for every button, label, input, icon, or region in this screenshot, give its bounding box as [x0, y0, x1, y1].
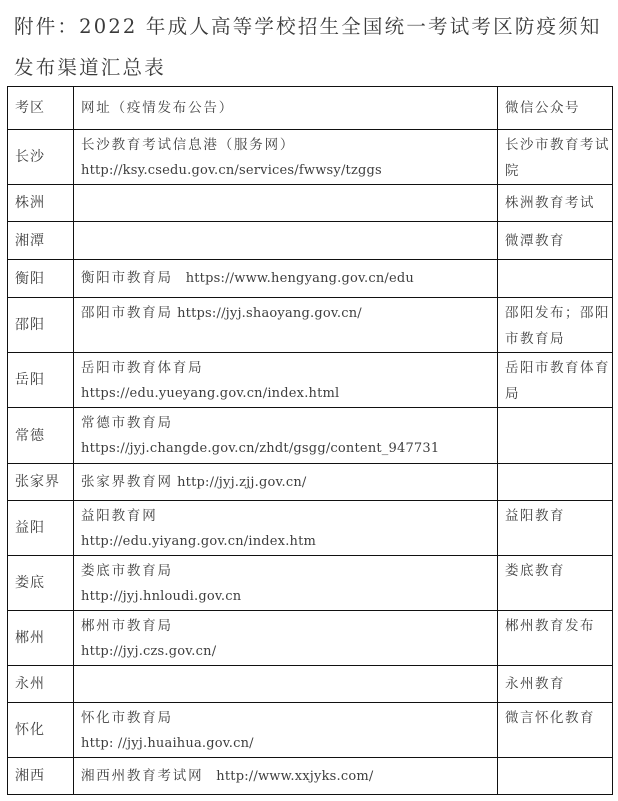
website-cell	[74, 666, 498, 703]
table-row: 益阳益阳教育网http://edu.yiyang.gov.cn/index.ht…	[8, 501, 613, 556]
wechat-account-cell	[498, 408, 613, 464]
wechat-account-cell: 娄底教育	[498, 556, 613, 611]
table-row: 长沙长沙教育考试信息港（服务网）http://ksy.csedu.gov.cn/…	[8, 130, 613, 185]
region-cell: 岳阳	[8, 353, 74, 408]
website-url-link[interactable]: https://edu.yueyang.gov.cn/index.html	[81, 381, 497, 407]
wechat-account-cell: 永州教育	[498, 666, 613, 703]
website-url-link[interactable]: https://jyj.shaoyang.gov.cn/	[177, 306, 362, 321]
wechat-account-cell	[498, 260, 613, 298]
site-name: 长沙教育考试信息港（服务网）	[81, 132, 497, 158]
wechat-account-cell: 株洲教育考试	[498, 185, 613, 222]
website-cell	[74, 222, 498, 260]
table-row: 张家界张家界教育网 http://jyj.zjj.gov.cn/	[8, 464, 613, 501]
site-name: 郴州市教育局	[81, 613, 497, 639]
region-cell: 湘潭	[8, 222, 74, 260]
region-cell: 娄底	[8, 556, 74, 611]
table-row: 常德常德市教育局https://jyj.changde.gov.cn/zhdt/…	[8, 408, 613, 464]
wechat-account-cell: 邵阳发布；邵阳市教育局	[498, 298, 613, 353]
website-cell: 怀化市教育局http: //jyj.huaihua.gov.cn/	[74, 703, 498, 758]
website-cell: 娄底市教育局http://jyj.hnloudi.gov.cn	[74, 556, 498, 611]
website-cell: 邵阳市教育局 https://jyj.shaoyang.gov.cn/	[74, 298, 498, 353]
wechat-account-cell: 微言怀化教育	[498, 703, 613, 758]
wechat-account-cell: 长沙市教育考试院	[498, 130, 613, 185]
header-website: 网址（疫情发布公告）	[74, 87, 498, 130]
site-name: 岳阳市教育体育局	[81, 355, 497, 381]
table-row: 邵阳邵阳市教育局 https://jyj.shaoyang.gov.cn/邵阳发…	[8, 298, 613, 353]
region-cell: 邵阳	[8, 298, 74, 353]
website-cell: 湘西州教育考试网 http://www.xxjyks.com/	[74, 758, 498, 795]
table-row: 郴州郴州市教育局http://jyj.czs.gov.cn/郴州教育发布	[8, 611, 613, 666]
site-name: 湘西州教育考试网	[81, 768, 203, 784]
wechat-account-cell: 郴州教育发布	[498, 611, 613, 666]
wechat-account-cell	[498, 758, 613, 795]
website-cell: 常德市教育局https://jyj.changde.gov.cn/zhdt/gs…	[74, 408, 498, 464]
table-header-row: 考区 网址（疫情发布公告） 微信公众号	[8, 87, 613, 130]
region-cell: 衡阳	[8, 260, 74, 298]
website-url-link[interactable]: http://jyj.zjj.gov.cn/	[177, 475, 306, 490]
header-wechat: 微信公众号	[498, 87, 613, 130]
wechat-account-cell: 岳阳市教育体育局	[498, 353, 613, 408]
table-row: 衡阳衡阳市教育局 https://www.hengyang.gov.cn/edu	[8, 260, 613, 298]
wechat-account-cell: 微潭教育	[498, 222, 613, 260]
website-url-link[interactable]: http: //jyj.huaihua.gov.cn/	[81, 731, 497, 757]
site-name: 张家界教育网	[81, 474, 173, 490]
website-cell: 郴州市教育局http://jyj.czs.gov.cn/	[74, 611, 498, 666]
website-url-link[interactable]: http://jyj.czs.gov.cn/	[81, 639, 497, 665]
website-cell: 岳阳市教育体育局https://edu.yueyang.gov.cn/index…	[74, 353, 498, 408]
region-cell: 郴州	[8, 611, 74, 666]
website-url-link[interactable]: http://www.xxjyks.com/	[216, 769, 373, 784]
region-cell: 益阳	[8, 501, 74, 556]
region-cell: 张家界	[8, 464, 74, 501]
region-cell: 长沙	[8, 130, 74, 185]
website-url-link[interactable]: http://edu.yiyang.gov.cn/index.htm	[81, 529, 497, 555]
website-cell	[74, 185, 498, 222]
site-name: 邵阳市教育局	[81, 305, 173, 321]
document-title-line1: 附件：2022 年成人高等学校招生全国统一考试考区防疫须知	[14, 11, 602, 39]
website-cell: 益阳教育网http://edu.yiyang.gov.cn/index.htm	[74, 501, 498, 556]
document-title-line2: 发布渠道汇总表	[14, 52, 166, 80]
website-cell: 张家界教育网 http://jyj.zjj.gov.cn/	[74, 464, 498, 501]
table-row: 岳阳岳阳市教育体育局https://edu.yueyang.gov.cn/ind…	[8, 353, 613, 408]
website-url-link[interactable]: http://ksy.csedu.gov.cn/services/fwwsy/t…	[81, 158, 497, 184]
distribution-channel-table: 考区 网址（疫情发布公告） 微信公众号 长沙长沙教育考试信息港（服务网）http…	[7, 86, 613, 795]
site-name: 常德市教育局	[81, 410, 497, 436]
website-cell: 长沙教育考试信息港（服务网）http://ksy.csedu.gov.cn/se…	[74, 130, 498, 185]
region-cell: 怀化	[8, 703, 74, 758]
site-name: 怀化市教育局	[81, 705, 497, 731]
region-cell: 永州	[8, 666, 74, 703]
website-url-link[interactable]: https://jyj.changde.gov.cn/zhdt/gsgg/con…	[81, 436, 497, 462]
region-cell: 湘西	[8, 758, 74, 795]
wechat-account-cell	[498, 464, 613, 501]
website-url-link[interactable]: http://jyj.hnloudi.gov.cn	[81, 584, 497, 610]
table-row: 株洲株洲教育考试	[8, 185, 613, 222]
region-cell: 株洲	[8, 185, 74, 222]
table-row: 怀化怀化市教育局http: //jyj.huaihua.gov.cn/微言怀化教…	[8, 703, 613, 758]
wechat-account-cell: 益阳教育	[498, 501, 613, 556]
header-region: 考区	[8, 87, 74, 130]
region-cell: 常德	[8, 408, 74, 464]
table-row: 湘西湘西州教育考试网 http://www.xxjyks.com/	[8, 758, 613, 795]
site-name: 娄底市教育局	[81, 558, 497, 584]
site-name: 衡阳市教育局	[81, 270, 173, 286]
table-row: 娄底娄底市教育局http://jyj.hnloudi.gov.cn娄底教育	[8, 556, 613, 611]
site-name: 益阳教育网	[81, 503, 497, 529]
table-row: 永州永州教育	[8, 666, 613, 703]
table-row: 湘潭微潭教育	[8, 222, 613, 260]
website-cell: 衡阳市教育局 https://www.hengyang.gov.cn/edu	[74, 260, 498, 298]
website-url-link[interactable]: https://www.hengyang.gov.cn/edu	[186, 271, 414, 286]
